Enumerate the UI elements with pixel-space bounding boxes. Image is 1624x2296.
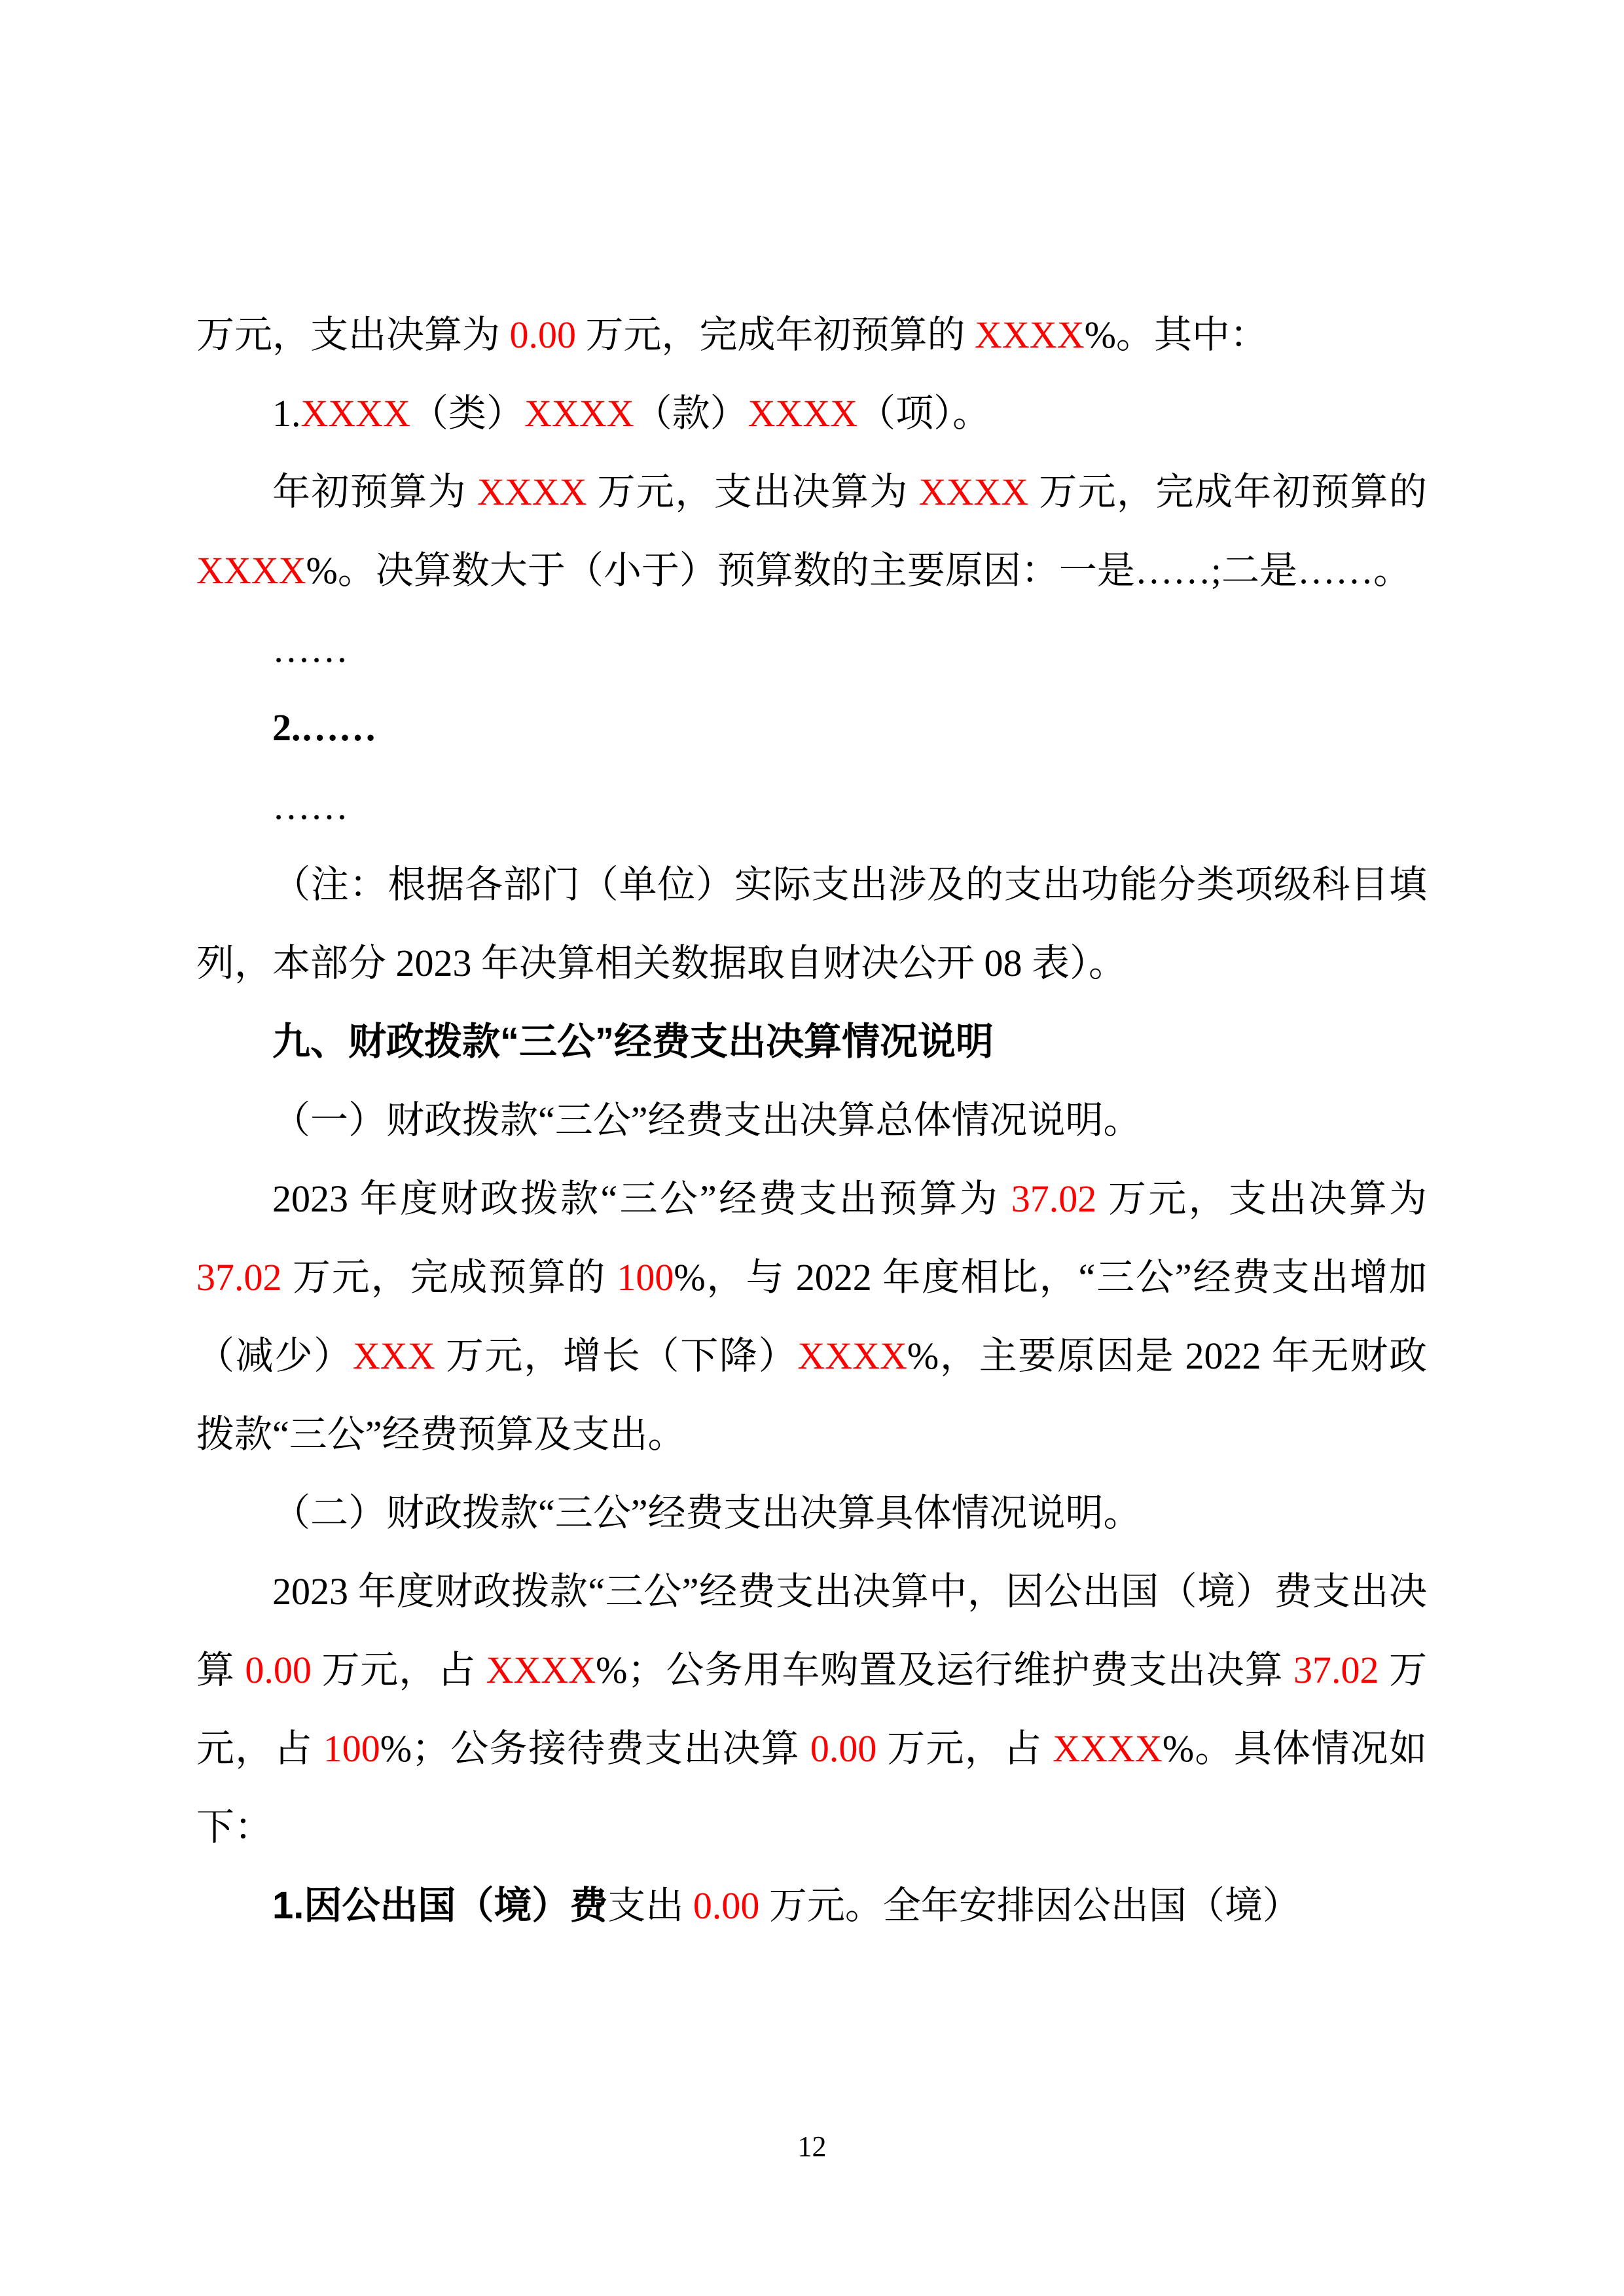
document-body: 万元，支出决算为 0.00 万元，完成年初预算的 XXXX%。其中：1.XXXX…	[196, 296, 1427, 1945]
document-page: 万元，支出决算为 0.00 万元，完成年初预算的 XXXX%。其中：1.XXXX…	[0, 0, 1624, 2296]
text-segment: （注：根据各部门（单位）实际支出涉及的支出功能分类项级科目填列，本部分 2023…	[196, 863, 1427, 984]
text-segment: 万元，完成年初预算的	[1028, 471, 1427, 513]
paragraph: 1.因公出国（境）费支出 0.00 万元。全年安排因公出国（境）	[196, 1867, 1427, 1945]
text-segment: （一）财政拨款“三公”经费支出决算总体情况说明。	[272, 1099, 1142, 1141]
text-segment: 万元，占	[876, 1727, 1053, 1770]
text-segment: ……	[272, 785, 348, 827]
text-segment: 2023 年度财政拨款“三公”经费支出预算为	[272, 1177, 1011, 1220]
text-segment: （类）	[410, 392, 524, 435]
text-segment: 2.……	[272, 706, 377, 749]
placeholder-value: XXXX	[301, 392, 411, 435]
placeholder-value: 0.00	[810, 1727, 877, 1770]
placeholder-value: XXXX	[486, 1649, 596, 1691]
text-segment: 万元，支出决算为	[1096, 1177, 1427, 1220]
text-segment: 支出	[607, 1884, 693, 1927]
paragraph: 九、财政拨款“三公”经费支出决算情况说明	[196, 1003, 1427, 1081]
placeholder-value: XXXX	[524, 392, 634, 435]
text-segment: %。决算数大于（小于）预算数的主要原因：一是……;二是……。	[306, 549, 1411, 592]
placeholder-value: XXXX	[477, 471, 587, 513]
placeholder-value: XXX	[353, 1335, 435, 1377]
placeholder-value: 37.02	[196, 1256, 282, 1299]
placeholder-value: XXXX	[975, 314, 1085, 356]
text-segment: 万元，支出决算为	[196, 314, 510, 356]
placeholder-value: 100	[617, 1256, 674, 1299]
text-segment: %；公务用车购置及运行维护费支出决算	[596, 1649, 1293, 1691]
placeholder-value: 37.02	[1011, 1177, 1097, 1220]
placeholder-value: XXXX	[919, 471, 1029, 513]
paragraph: 万元，支出决算为 0.00 万元，完成年初预算的 XXXX%。其中：	[196, 296, 1427, 374]
placeholder-value: XXXX	[748, 392, 858, 435]
text-segment: 万元，完成年初预算的	[576, 314, 975, 356]
placeholder-value: XXXX	[1053, 1727, 1163, 1770]
text-segment: （款）	[634, 392, 748, 435]
placeholder-value: 0.00	[693, 1884, 760, 1927]
text-segment: 万元，支出决算为	[587, 471, 919, 513]
placeholder-value: 37.02	[1293, 1649, 1379, 1691]
paragraph: 2.……	[196, 689, 1427, 767]
text-segment: 年初预算为	[272, 471, 477, 513]
placeholder-value: XXXX	[797, 1335, 907, 1377]
text-segment: （二）财政拨款“三公”经费支出决算具体情况说明。	[272, 1492, 1142, 1534]
paragraph: （一）财政拨款“三公”经费支出决算总体情况说明。	[196, 1081, 1427, 1160]
text-segment: （项）。	[857, 392, 990, 435]
text-segment: 1.因公出国（境）费	[272, 1884, 607, 1927]
placeholder-value: 0.00	[510, 314, 577, 356]
text-segment: 万元，占	[312, 1649, 486, 1691]
text-segment: %；公务接待费支出决算	[380, 1727, 810, 1770]
paragraph: ……	[196, 610, 1427, 689]
paragraph: 2023 年度财政拨款“三公”经费支出预算为 37.02 万元，支出决算为 37…	[196, 1160, 1427, 1474]
paragraph: 年初预算为 XXXX 万元，支出决算为 XXXX 万元，完成年初预算的 XXXX…	[196, 453, 1427, 610]
placeholder-value: 0.00	[245, 1649, 312, 1691]
placeholder-value: XXXX	[196, 549, 306, 592]
paragraph: （注：根据各部门（单位）实际支出涉及的支出功能分类项级科目填列，本部分 2023…	[196, 846, 1427, 1003]
page-number: 12	[0, 2128, 1624, 2165]
paragraph: 2023 年度财政拨款“三公”经费支出决算中，因公出国（境）费支出决算 0.00…	[196, 1552, 1427, 1867]
text-segment: %。其中：	[1085, 314, 1268, 356]
text-segment: 九、财政拨款“三公”经费支出决算情况说明	[272, 1020, 994, 1063]
paragraph: ……	[196, 767, 1427, 846]
text-segment: 万元。全年安排因公出国（境）	[759, 1884, 1301, 1927]
placeholder-value: 100	[323, 1727, 380, 1770]
paragraph: （二）财政拨款“三公”经费支出决算具体情况说明。	[196, 1474, 1427, 1552]
text-segment: 万元，增长（下降）	[435, 1335, 798, 1377]
text-segment: ……	[272, 628, 348, 670]
text-segment: 万元，完成预算的	[282, 1256, 617, 1299]
text-segment: 1.	[272, 392, 301, 435]
paragraph: 1.XXXX（类）XXXX（款）XXXX（项）。	[196, 374, 1427, 453]
